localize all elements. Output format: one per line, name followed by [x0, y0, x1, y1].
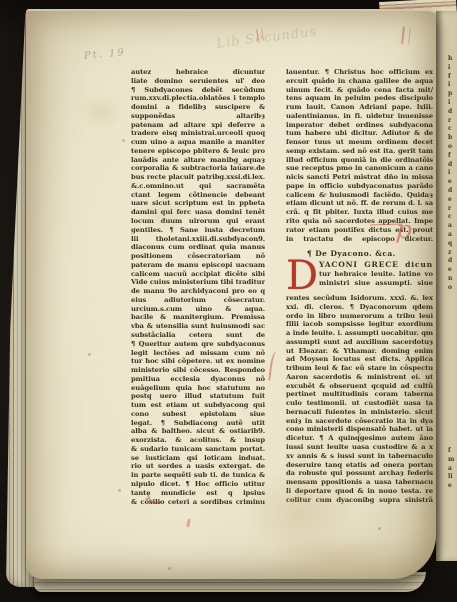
foxing-spot: [378, 527, 381, 530]
text-line: pateram de manu episcopi uacuam &: [131, 261, 265, 270]
text-line: lauãdis ante altare manibg aquaȝ pber: [131, 156, 265, 165]
text-line: locum duum uirorum qui erant apud: [131, 217, 265, 226]
text-line: liate domino seruientes ul' deo oblati.: [131, 77, 265, 86]
text-line: tur hebraice leuite. latine vo: [319, 270, 433, 279]
text-line: cono subest epistolam siue lectiones: [131, 410, 265, 419]
text-line: ualentinianus. in fi. uidetur inuenisse …: [286, 112, 433, 121]
foxing-spot: [238, 163, 241, 166]
text-line: ercuit quãdo in chana galilee de aqua: [286, 77, 433, 86]
foxing-spot: [168, 567, 171, 570]
text-line: tens aquam in peluim pedes discipulo: [286, 94, 433, 103]
rubricated-initial-letter: D: [286, 262, 317, 291]
paper-stain: [264, 533, 414, 581]
foxing-spot: [118, 489, 121, 492]
text-line: supponẽdas altaribȝ deferre.calicem a: [131, 112, 265, 121]
red-speck: [186, 519, 191, 527]
adjacent-page-text-fragments: h i f i p i d r c b o f d i e d e r c a …: [448, 55, 452, 293]
text-line: imperator debet ordines subdyacona: [286, 121, 433, 130]
text-line: pape in officio subdyaconatus parãdo: [286, 182, 433, 191]
text-line: ministri siue assumpti. siue offe: [319, 279, 433, 288]
text-line: bacile & manitergium. Premissa igit: [131, 313, 265, 322]
text-line: tribum leui & fac eũ stare in cõspectu: [286, 364, 433, 373]
text-line: gentiles. ¶ Sane iusta decretum cõci: [131, 226, 265, 235]
text-line: & sudario tunicam sanctam portat. ut: [131, 445, 265, 454]
text-line: etiam dicunt ut nõ. ff. de rerum d. l. s…: [286, 199, 433, 208]
text-line: rum.xxv.di.plectia.oblatões i templo: [131, 94, 265, 103]
text-line: domini a fidelibȝ suscipere & leuitas: [131, 103, 265, 112]
text-line: Vide cuius ministerium tibi traditur: [131, 278, 265, 287]
text-line: bus recte placuit patribg.xxsi.di.lex.: [131, 173, 265, 182]
text-line: substãcialia cetera sunt de solẽnitate.: [131, 331, 265, 340]
text-line: nicis sancti Petri mistrat dño in missa: [286, 173, 433, 182]
text-line: ordo in libro numerorum a tribu leui: [286, 312, 433, 321]
text-line: corporalia & subtractoria lauare.de q: [131, 164, 265, 173]
left-text-column: autez hebraice dicuntur latine.i.humilia…: [131, 68, 265, 506]
text-line: eius adiutorium cõsecratur. accipiat: [131, 296, 265, 305]
foxing-spot: [358, 433, 361, 436]
text-line: vba & utensilia sunt huiusmodi sac ii: [131, 322, 265, 331]
pencil-inscription: Pt. 19: [84, 47, 127, 62]
text-line: tum est etiam ut subdyacong qui dya: [131, 401, 265, 410]
text-line: ¶ Subdyacones debẽt secũdum Isido: [131, 86, 265, 95]
adjacent-page-text-fragments: f m a li e: [448, 447, 454, 491]
text-line: &.c.omnino.ut qui sacramẽta contra: [131, 182, 265, 191]
text-line: xxi. di. cleros. ¶ Dyaconorum qdem: [286, 303, 433, 312]
text-line: mensam ppositionis a uasa tabernacu: [286, 478, 433, 487]
text-line: calicem uacuũ accipiat dicẽte sibi epo: [131, 270, 265, 279]
text-line: YACONI GRECE dicun: [319, 261, 433, 270]
foxing-spot: [122, 139, 125, 142]
text-line: uinum fecit. & quãdo cena facta mit/: [286, 86, 433, 95]
text-line: lauentur. ¶ Christus hoc officium ex: [286, 68, 433, 77]
book-page: Pt. 19 Lib Secundus autez hebraice dicun…: [26, 9, 436, 579]
text-line: deseruire tanq etatis ad onera portan: [286, 461, 433, 470]
text-line: excubẽt & obseruent qcquid ad cultũ: [286, 382, 433, 391]
adjacent-page-sliver: h i f i p i d r c b o f d i e d e r c a …: [436, 11, 457, 561]
text-line: ut Eleazar. & Ythamar. doming enim: [286, 347, 433, 356]
text-line: ministerio sibi cõcesso. Respondeo in: [131, 366, 265, 375]
text-line: eniȝ in sacerdote cõsecratio ita in dya: [286, 417, 433, 426]
text-line: iussi sunt leuite uasa custodire & a x: [286, 443, 433, 452]
chapter-heading: ¶ De Dyacono. &ca.: [307, 249, 396, 258]
text-line: postq uero illud statutum fuit pcepa: [131, 392, 265, 401]
right-text-column-lower: rentes secũdum Isidorum. xxxi. &. lexxxi…: [286, 294, 433, 504]
text-line: autez hebraice dicuntur latine.i.humi: [131, 68, 265, 77]
foxing-spot: [324, 193, 327, 196]
text-line: exorzista. & acolitus. & insup tunica: [131, 436, 265, 445]
ink-showthrough-script: Lib Secundus: [216, 17, 377, 51]
text-line: li deportare quod & in nouo testa. re: [286, 487, 433, 496]
text-line: culo testimonii. ut custodiẽt uasa ta: [286, 399, 433, 408]
text-line: da robuste qui possunt archaȝ federis: [286, 469, 433, 478]
text-line: pmitiua ecclesia dyaconus nõ legebat: [131, 375, 265, 384]
text-line: rio ut sordes a uasis extergat. de quo: [131, 462, 265, 471]
text-line: legit lectões ad missam cum nõ reperia: [131, 349, 265, 358]
text-line: sue receptus pmo in canonicum a cano: [286, 164, 433, 173]
text-line: diaconus cum ordinat quia manus im: [131, 243, 265, 252]
text-line: bernaculi fuientes in ministerio. sicut: [286, 408, 433, 417]
text-line: filii iacob sompsisse legitur exordium: [286, 320, 433, 329]
text-line: legat. ¶ Subdiacong autẽ utit amictu: [131, 419, 265, 428]
text-line: in parte sequẽti sub ti. de tunica & ma: [131, 471, 265, 480]
photograph-of-open-book: h i f i p i d r c b o f d i e d e r c a …: [0, 0, 457, 602]
text-line: tur hoc sibi cõpetere. ut ex nomine ut: [131, 357, 265, 366]
text-line: cum uino a aqua manile a maniter gui: [131, 138, 265, 147]
text-line: positionem cõsecratoriam nõ accipit: [131, 252, 265, 261]
text-line: alba & baltheo. sicut & ostiarib9. lecto…: [131, 427, 265, 436]
text-line: rum lauit. Canon Adriani pape. lxiii.: [286, 103, 433, 112]
text-line: tenere episcopo pbitero & leuic pro: [131, 147, 265, 156]
red-rubric-mark-top-right: [401, 27, 411, 45]
text-line: lii tholetani.xxiii.di.subdyacon9. Sub: [131, 235, 265, 244]
text-line: rentes secũdum Isidorum. xxxi. &. lex: [286, 294, 433, 303]
text-line: illud officium quoniã in die ordinatõis: [286, 156, 433, 165]
text-line: tum habere ubi dicitur. Adiutor & de: [286, 129, 433, 138]
text-line: uare sicut scriptum est in ppheta Mũ: [131, 199, 265, 208]
text-line: assumpti sunt ad auxilium sacerdotuȝ: [286, 338, 433, 347]
foxing-spot: [88, 353, 91, 356]
text-line: semp existam. sed nõ est ita. gerit tam: [286, 147, 433, 156]
text-line: pertinet multitudinis coram taberna: [286, 390, 433, 399]
text-line: nipulo dicet. ¶ Hoc officio utitur qui: [131, 480, 265, 489]
text-line: patenam ad altare xpi deferre a leuiq: [131, 121, 265, 130]
text-line: urcium.s.cum uino & aqua. manile.i.: [131, 305, 265, 314]
text-line: ctant legem cõtinencie debeant obser: [131, 191, 265, 200]
text-line: euãgelium quia hoc statutum no erat: [131, 384, 265, 393]
red-flourish-between-columns: [268, 351, 280, 382]
text-line: xv annis & s iussi sunt in tabernaculo: [286, 452, 433, 461]
text-line: fensor tuus ut meum ordinem decet: [286, 138, 433, 147]
text-line: Aaron sacerdotis & ministrent ei. ut: [286, 373, 433, 382]
red-marginal-paragraph-mark: p: [395, 216, 413, 242]
text-line: damini qui ferc uasa domini tenẽt aũt: [131, 208, 265, 217]
text-line: a inde leuite. i. assumpti uocabitur. qm: [286, 329, 433, 338]
paper-stain: [78, 95, 124, 129]
text-line: de manu 9o archidyaconi pro eo q in: [131, 287, 265, 296]
text-line: ad Moysen locutus est dicts. Applica: [286, 355, 433, 364]
text-line: tradere eisq ministrai.urceoli quoq: [131, 129, 265, 138]
text-line: calicem & huiusmodi faciẽdo. Quidaȝ: [286, 191, 433, 200]
text-line: colitur cum dyaconibg supra sinistrã: [286, 496, 433, 505]
text-line: ¶ Queritur autem qre subdyaconus: [131, 340, 265, 349]
text-line: se iusticiam qsi loticam induat. suda: [131, 454, 265, 463]
drop-cap-paragraph: D YACONI GRECE dicuntur hebraice leuite.…: [286, 261, 433, 291]
